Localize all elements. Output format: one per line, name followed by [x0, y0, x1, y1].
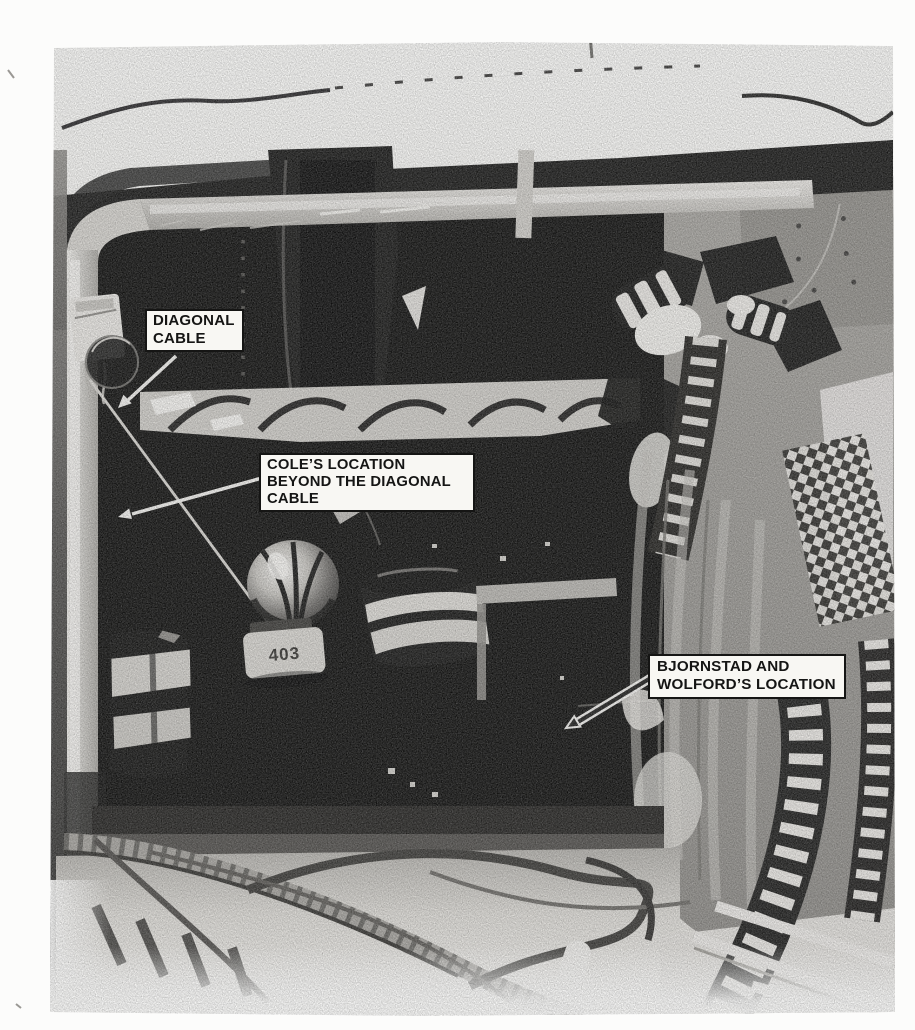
figure-page: { "figure": { "photo_marking": "403" }, … — [0, 0, 915, 1030]
film-grain-dark — [54, 44, 895, 1014]
photo: 403 — [50, 12, 902, 1022]
label-bjornstad-wolford-location: BJORNSTAD AND WOLFORD’S LOCATION — [648, 654, 846, 699]
label-coles-location: COLE’S LOCATION BEYOND THE DIAGONAL CABL… — [259, 453, 475, 512]
scan-specks — [8, 70, 21, 1008]
label-diagonal-cable: DIAGONAL CABLE — [145, 309, 244, 352]
annotated-photograph: 403 — [0, 0, 915, 1030]
